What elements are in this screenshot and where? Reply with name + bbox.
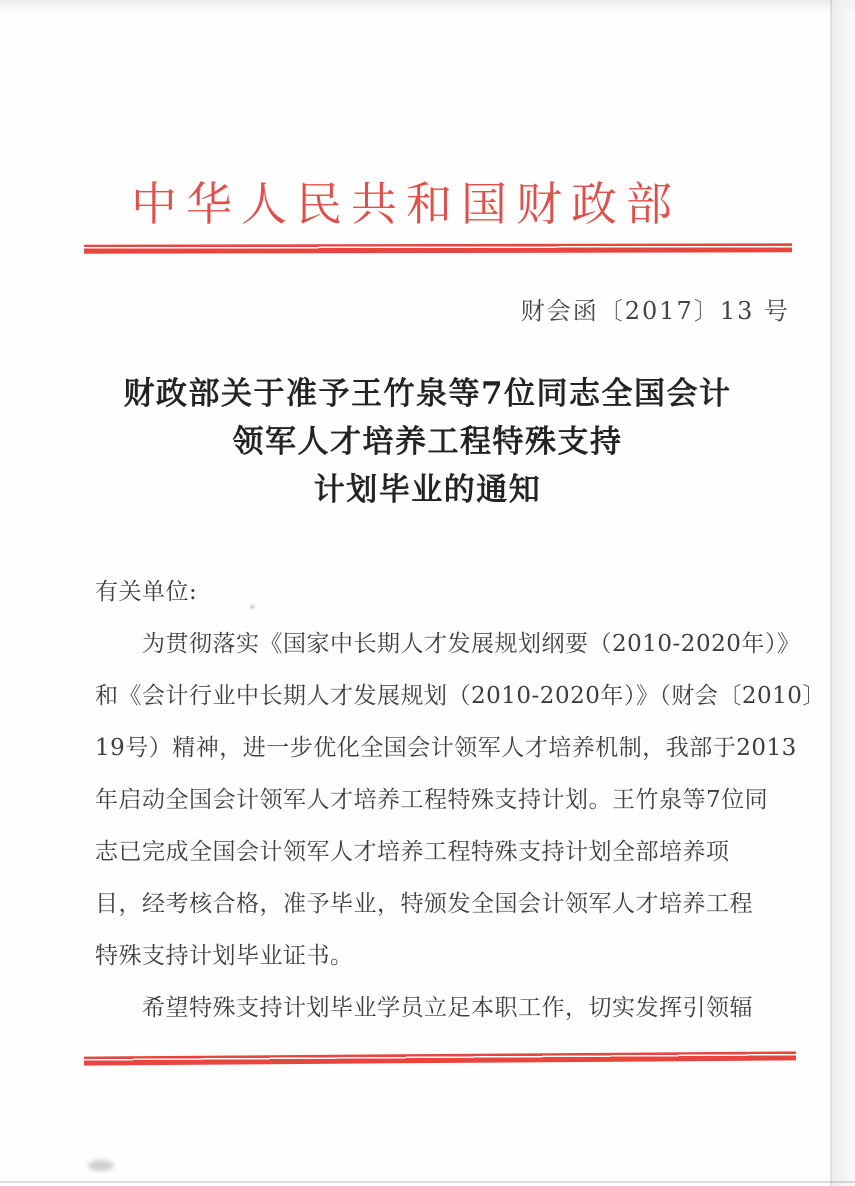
page-bottom-edge-line (0, 1181, 855, 1183)
scan-smudge (88, 1160, 114, 1171)
footer-rule (84, 1051, 796, 1065)
letterhead-rule (84, 243, 792, 253)
notice-body: 有关单位: 为贯彻落实《国家中长期人才发展规划纲要（2010-2020年）》 和… (95, 566, 770, 1034)
notice-title-line-2: 领军人才培养工程特殊支持 (0, 418, 855, 466)
notice-title-line-3: 计划毕业的通知 (0, 466, 855, 514)
page-edge-line (830, 0, 832, 1186)
scanned-notice-page: { "document": { "agency": "中华人民共和国财政部", … (0, 0, 855, 1186)
scan-top-shade (0, 0, 855, 14)
notice-title-line-1: 财政部关于准予王竹泉等7位同志全国会计 (0, 370, 855, 418)
body-line: 为贯彻落实《国家中长期人才发展规划纲要（2010-2020年）》 (95, 618, 770, 670)
doc-number: 财会函〔2017〕13 号 (521, 291, 790, 326)
body-line: 志已完成全国会计领军人才培养工程特殊支持计划全部培养项 (95, 826, 770, 878)
salutation: 有关单位: (95, 566, 770, 618)
body-line: 和《会计行业中长期人才发展规划（2010-2020年）》（财会〔2010〕 (95, 670, 770, 722)
body-line: 年启动全国会计领军人才培养工程特殊支持计划。王竹泉等7位同 (95, 774, 770, 826)
page-edge-margin (832, 0, 855, 1186)
body-line: 希望特殊支持计划毕业学员立足本职工作，切实发挥引领辐 (95, 982, 770, 1034)
body-line: 目，经考核合格，准予毕业，特颁发全国会计领军人才培养工程 (95, 878, 770, 930)
agency-name: 中华人民共和国财政部 (0, 168, 812, 234)
body-line: 19号）精神，进一步优化全国会计领军人才培养机制，我部于2013 (95, 722, 770, 774)
body-line: 特殊支持计划毕业证书。 (95, 930, 770, 982)
notice-title: 财政部关于准予王竹泉等7位同志全国会计 领军人才培养工程特殊支持 计划毕业的通知 (0, 370, 855, 514)
